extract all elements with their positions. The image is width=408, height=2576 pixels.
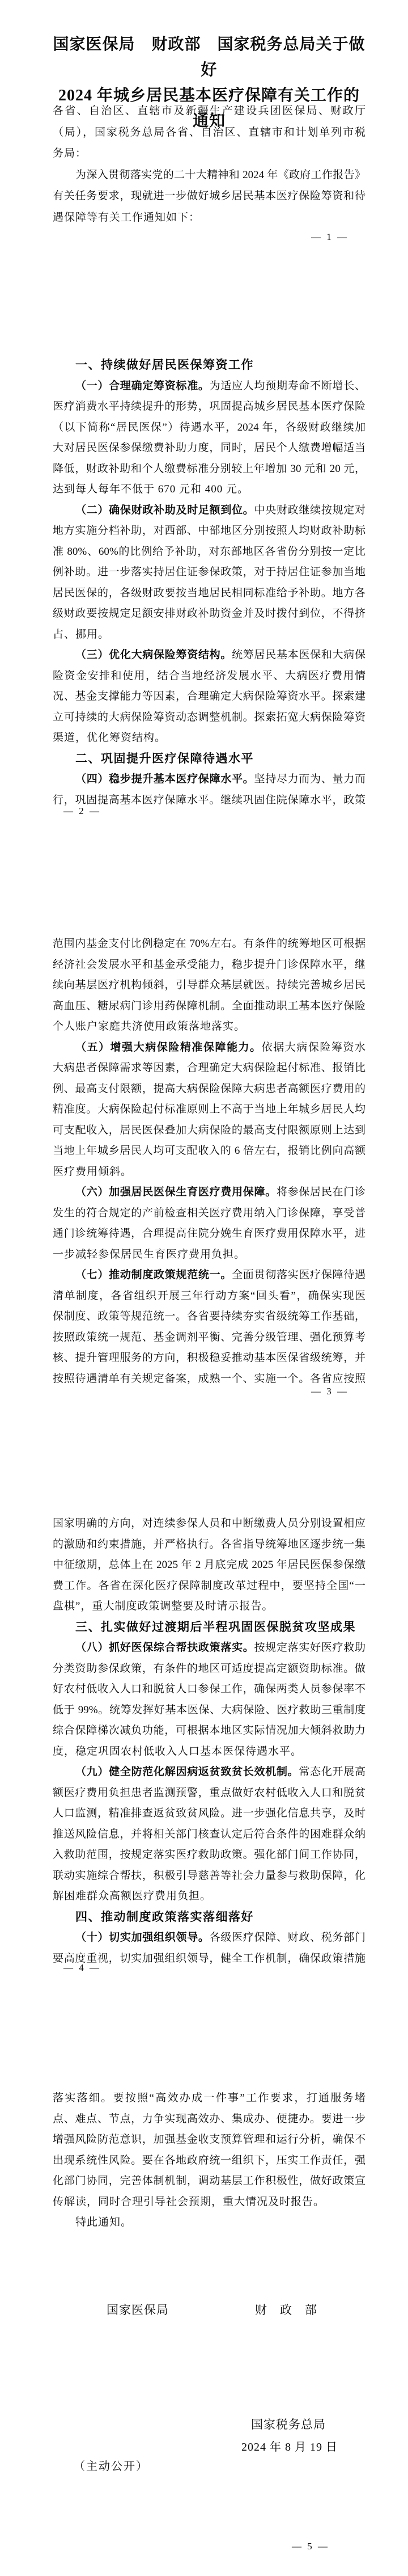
text-line: 保制度、政策等规范统一。各省要持续夯实省级统筹工作基础， [53,1306,365,1327]
text-line: （九）健全防范化解因病返贫致贫长效机制。常态化开展高 [53,1762,365,1783]
text-line: 人口监测，精准排查返贫致贫风险。进一步强化信息共享，及时 [53,1803,365,1824]
text-line: 联动实施综合帮扶，积极引导慈善等社会力量参与救助保障，化 [53,1866,365,1887]
text-line: 费工作。各省在深化医疗保障制度改革过程中，要坚持全国“一 [53,1576,365,1597]
signature-org-nhsa: 国家医保局 [107,2301,169,2318]
text-line: （一）合理确定筹资标准。为适应人均预期寿命不断增长、 [53,376,365,397]
section-heading: 三、扎实做好过渡期后半程巩固医保脱贫攻坚成果工作 [53,1617,365,1638]
text-line: 中征缴期，总体上在 2025 年 2 月底完成 2025 年居民医保参保缴 [53,1555,365,1576]
text-line: 清单制度，各省组织开展三年行动方案“回头看”，确保实现医 [53,1286,365,1307]
text-line: 占、挪用。 [53,625,365,646]
page-number-3: — 3 — [311,1386,348,1397]
page-number-5: — 5 — [292,2541,329,2552]
paragraph-lead: （二）确保财政补助及时足额到位。 [75,504,254,516]
text-line: 盘棋”，重大制度政策调整要及时请示报告。 [53,1596,365,1617]
text-line: 特此通知。 [53,2212,365,2233]
text-line: 出现系统性风险。要在各地政府统一组织下，压实工作责任，强 [53,2151,365,2172]
text-line: 居民医保的，各级财政要按当地居民相同标准给予补助。地方各 [53,583,365,604]
text-line: 当地上年城乡居民人均可支配收入的 6 倍左右，报销比例向高额 [53,1141,365,1162]
text-line: （二）确保财政补助及时足额到位。中央财政继续按规定对 [53,500,365,521]
text-line: 分类资助参保政策，有条件的地区可适度提高定额资助标准。做 [53,1659,365,1680]
text-line: （六）加强居民医保生育医疗费用保障。将参保居民在门诊 [53,1182,365,1203]
text-line: 级财政要按规定足额安排财政补助资金并及时拨付到位，不得挤 [53,604,365,625]
text-line: 入救助范围，按规定落实医疗救助政策。强化部门间工作协同， [53,1845,365,1866]
text-line: （四）稳步提升基本医疗保障水平。坚持尽力而为、量力而 [53,769,365,790]
text-line: 医疗费用倾斜。 [53,1162,365,1183]
text-line: 国家明确的方向，对连续参保人员和中断缴费人员分别设置相应 [53,1513,365,1534]
paragraph-lead: （一）合理确定筹资标准。 [75,380,210,392]
paragraph-lead: （九）健全防范化解因病返贫致贫长效机制。 [75,1766,299,1778]
paragraph-lead: （五）增强大病保险精准保障能力。 [75,1042,262,1053]
disclosure-note: （主动公开） [74,2457,148,2473]
notice-document: { "doc": { "title": [ "国家医保局 财政部 国家税务总局关… [0,0,408,2576]
text-line: 险资金安排和使用，结合当地经济发展水平、大病医疗费用情 [53,666,365,687]
page-2-body: 一、持续做好居民医保筹资工作（一）合理确定筹资标准。为适应人均预期寿命不断增长、… [53,355,365,811]
text-line: 务局： [53,143,365,165]
section-heading: 二、巩固提升医疗保障待遇水平 [53,749,365,770]
text-line: 解困难群众高额医疗费用负担。 [53,1886,365,1907]
text-line: 好农村低收入人口和脱贫人口参保工作，确保两类人员参保率不 [53,1679,365,1700]
text-line: （三）优化大病保险筹资结构。统筹居民基本医保和大病保 [53,645,365,666]
text-line: 一步减轻参保居民生育医疗费用负担。 [53,1245,365,1266]
text-line: 化部门协同，完善体制机制，调动基层工作积极性，做好政策宣 [53,2171,365,2192]
page-3-body: 范围内基金支付比例稳定在 70%左右。有条件的统筹地区可根据经济社会发展水平和基… [53,934,365,1389]
text-line: 大病患者保障需求等因素，合理确定大病保险起付标准、报销比 [53,1058,365,1079]
signature-org-mof: 财 政 部 [255,2301,317,2318]
text-line: （五）增强大病保险精准保障能力。依据大病保险筹资水平、 [53,1038,365,1059]
text-line: 立可持续的大病保险筹资动态调整机制。探索拓宽大病保险筹资 [53,707,365,728]
text-line: 可支配收入，居民医保叠加大病保险的最高支付限额原则上达到 [53,1120,365,1141]
page-number-2: — 2 — [63,806,101,817]
section-heading: 一、持续做好居民医保筹资工作 [53,355,365,376]
text-line: （七）推动制度政策规范统一。全面贯彻落实医疗保障待遇 [53,1265,365,1286]
text-line: 核、提升管理服务的方向，积极稳妥推动基本医保省级统筹，并 [53,1348,365,1369]
section-heading: 四、推动制度政策落实落细落好 [53,1907,365,1928]
paragraph-lead: （四）稳步提升基本医疗保障水平。 [75,773,254,785]
text-line: 通门诊统筹待遇，合理提高住院分娩生育医疗费用保障水平，进 [53,1224,365,1245]
page-number-4: — 4 — [63,1962,101,1974]
text-line: 达到每人每年不低于 670 元和 400 元。 [53,479,365,500]
text-line: 例、最高支付限额，提高大病保险保障大病患者高额医疗费用的 [53,1079,365,1100]
text-line: 的激励和约束措施，并严格执行。各省指导统筹地区逐步统一集 [53,1534,365,1555]
paragraph-lead: （八）抓好医保综合帮扶政策落实。 [75,1642,254,1654]
text-line: 为深入贯彻落实党的二十大精神和 2024 年《政府工作报告》 [53,165,365,186]
document-title-line-1: 国家医保局 财政部 国家税务总局关于做好 [53,32,365,83]
paragraph-lead: （七）推动制度政策规范统一。 [75,1269,232,1281]
paragraph-lead: （十）切实加强组织领导。 [75,1932,210,1943]
text-line: 传解读，同时合理引导社会预期，重大情况及时报告。 [53,2192,365,2213]
text-line: 增强风险防范意识，加强基金收支预算管理和运行分析，确保不 [53,2130,365,2151]
text-line: 渠道，优化筹资结构。 [53,728,365,749]
text-line: 各省、自治区、直辖市及新疆生产建设兵团医保局、财政厅 [53,100,365,122]
text-line: 续向基层医疗机构倾斜，引导群众基层就医。持续完善城乡居民 [53,975,365,996]
text-line: 推送风险信息，并将相关部门核查认定后符合条件的困难群众纳 [53,1824,365,1845]
text-line: 度，稳定巩固农村低收入人口基本医保待遇水平。 [53,1742,365,1763]
text-line: 医疗消费水平持续提升的形势，巩固提高城乡居民基本医疗保险 [53,397,365,418]
text-line: 发生的符合规定的产前检查相关医疗费用纳入门诊保障，享受普 [53,1203,365,1224]
text-line: 个人账户家庭共济使用政策落地落实。 [53,1017,365,1038]
text-line: 准 80%、60%的比例给予补助，对东部地区各省份分别按一定比 [53,542,365,563]
text-line: 额医疗费用负担患者监测预警，重点做好农村低收入人口和脱贫 [53,1783,365,1804]
text-line: 有关任务要求，现就进一步做好城乡居民基本医疗保险筹资和待 [53,185,365,207]
page-number-1: — 1 — [311,231,348,243]
paragraph-lead: （三）优化大病保险筹资结构。 [75,649,232,661]
page-4-body: 国家明确的方向，对连续参保人员和中断缴费人员分别设置相应的激励和约束措施，并严格… [53,1513,365,1969]
text-line: 地方实施分档补助，对西部、中部地区分别按照人均财政补助标 [53,521,365,542]
text-line: 范围内基金支付比例稳定在 70%左右。有条件的统筹地区可根据 [53,934,365,955]
text-line: 精准度。大病保险起付标准原则上不高于当地上年城乡居民人均 [53,1099,365,1120]
text-line: （以下简称“居民医保”）待遇水平，2024 年，各级财政继续加 [53,418,365,439]
paragraph-lead: （六）加强居民医保生育医疗费用保障。 [75,1186,277,1198]
signature-date: 2024 年 8 月 19 日 [241,2438,338,2454]
text-line: 综合保障梯次减负功能，可根据本地区实际情况加大倾斜救助力 [53,1721,365,1742]
text-line: （十）切实加强组织领导。各级医疗保障、财政、税务部门 [53,1928,365,1949]
text-line: 落实落细。要按照“高效办成一件事”工作要求，打通服务堵 [53,2088,365,2109]
text-line: 遇保障等有关工作通知如下： [53,207,365,229]
text-line: 降低，财政补助和个人缴费标准分别较上年增加 30 元和 20 元， [53,459,365,480]
page-5-body: 落实落细。要按照“高效办成一件事”工作要求，打通服务堵点、难点、节点，力争实现高… [53,2088,365,2233]
signature-org-sta: 国家税务总局 [251,2415,326,2432]
text-line: 按照政策统一规范、基金调剂平衡、完善分级管理、强化预算考 [53,1327,365,1348]
text-line: 例补助。进一步落实持居住证参保政策，对于持居住证参加当地 [53,562,365,583]
text-line: 经济社会发展水平和基金承受能力，稳步提升门诊保障水平，继 [53,955,365,976]
text-line: 高血压、糖尿病门诊用药保障机制。全面推动职工基本医疗保险 [53,996,365,1017]
text-line: 况、基金支撑能力等因素，合理确定大病保险筹资水平。探索建 [53,686,365,707]
text-line: 低于 99%。统筹发挥好基本医保、大病保险、医疗救助三重制度 [53,1700,365,1721]
page-1-body: 各省、自治区、直辖市及新疆生产建设兵团医保局、财政厅（局），国家税务总局各省、自… [53,100,365,228]
text-line: 大对居民医保参保缴费补助力度，同时，居民个人缴费增幅适当 [53,438,365,459]
text-line: （局），国家税务总局各省、自治区、直辖市和计划单列市税 [53,122,365,144]
text-line: （八）抓好医保综合帮扶政策落实。按规定落实好医疗救助 [53,1638,365,1659]
text-line: 点、难点、节点，力争实现高效办、集成办、便捷办。要进一步 [53,2109,365,2130]
